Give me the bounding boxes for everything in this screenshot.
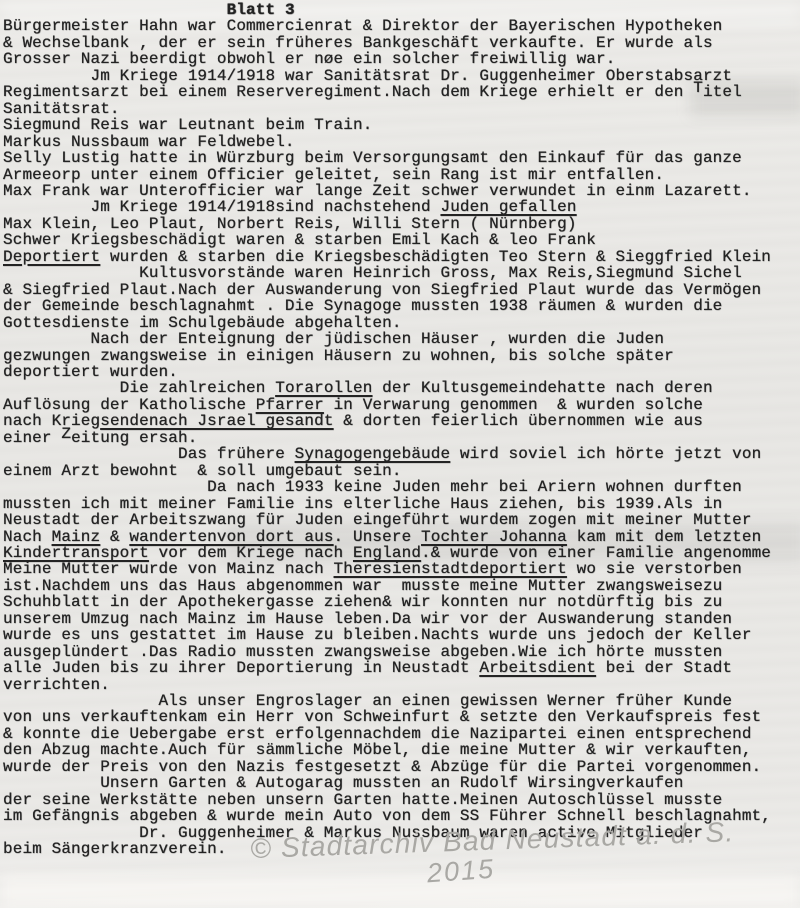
text-line: verrichten. [3,677,771,693]
text-line: Dr. Guggenheimer & Markus Nussbaum waren… [3,825,771,841]
text-line: ausgeplündert .Das Radio mussten zwangsw… [3,644,771,660]
text-line: Nach Mainz & wandertenvon dort aus. Unse… [3,529,771,545]
text-line: Markus Nussbaum war Feldwebel. [3,134,771,150]
text-line: mussten ich mit meiner Familie ins elter… [3,496,771,512]
text-line: Auflösung der Katholische Pfarrer in Ver… [3,397,771,413]
text-line: Bürgermeister Hahn war Commercienrat & D… [3,18,771,34]
text-line: gezwungen zwangsweise in einigen Häusern… [3,348,771,364]
text-line: Als unser Engroslager an einen gewissen … [3,693,771,709]
text-line: unserem Umzug nach Mainz im Hause leben.… [3,611,771,627]
text-line: Das frühere Synagogengebäude wird soviel… [3,446,771,462]
text-line: Schwer Kriegsbeschädigt waren & starben … [3,232,771,248]
text-line: Siegmund Reis war Leutnant beim Train. [3,117,771,133]
text-line: Deportiert wurden & starben die Kriegsbe… [3,249,771,265]
text-line: Max Klein, Leo Plaut, Norbert Reis, Will… [3,216,771,232]
text-line: einem Arzt bewohnt & soll umgebaut sein. [3,463,771,479]
text-line: Blatt 3 [3,2,771,18]
text-line: Gottesdienste im Schulgebäude abgehalten… [3,315,771,331]
text-line: & konnte die Uebergabe erst erfolgennach… [3,726,771,742]
text-line: Unsern Garten & Autogarag mussten an Rud… [3,775,771,791]
document-text: Blatt 3Bürgermeister Hahn war Commercien… [3,2,771,858]
text-line: Regimentsarzt bei einem Reserveregiment.… [3,84,771,100]
text-line: beim Sängerkranzverein. [3,841,771,857]
text-line: Grosser Nazi beerdigt obwohl er nøe ein … [3,51,771,67]
text-line: Max Frank war Unterofficier war lange Ze… [3,183,771,199]
text-line: Selly Lustig hatte in Würzburg beim Vers… [3,150,771,166]
text-line: wurde es uns gestattet im Hause zu bleib… [3,627,771,643]
text-line: Die zahlreichen Torarollen der Kultusgem… [3,380,771,396]
text-line: wurde der Preis von den Nazis festgesetz… [3,759,771,775]
watermark-year: 2015 [426,854,496,890]
text-line: der Gemeinde beschlagnahmt . Die Synagog… [3,298,771,314]
text-line: & Wechselbank , der er sein früheres Ban… [3,35,771,51]
text-line: Schuhblatt in der Apothekergasse ziehen&… [3,594,771,610]
text-line: alle Juden bis zu ihrer Deportierung in … [3,660,771,676]
text-line: & Siegfried Plaut.Nach der Auswanderung … [3,282,771,298]
text-line: Armeeorp unter einem Officier geleitet, … [3,167,771,183]
text-line: ist.Nachdem uns das Haus abgenommen war … [3,578,771,594]
text-line: im Gefängnis abgeben & wurde mein Auto v… [3,808,771,824]
text-line: Jm Kriege 1914/1918sind nachstehend Jude… [3,199,771,215]
text-line: Da nach 1933 keine Juden mehr bei Ariern… [3,479,771,495]
scan-shading-bottom [0,876,800,908]
text-line: Neustadt der Arbeitszwang für Juden eing… [3,512,771,528]
text-line: Meine Mutter wurde von Mainz nach Theres… [3,561,771,577]
text-line: einer Zeitung ersah. [3,430,771,446]
text-line: der seine Werkstätte neben unsern Garten… [3,792,771,808]
text-line: Kultusvorstände waren Heinrich Gross, Ma… [3,265,771,281]
text-line: den Abzug machte.Auch für sämmliche Möbe… [3,742,771,758]
document-page: Blatt 3Bürgermeister Hahn war Commercien… [0,0,800,908]
text-line: Nach der Enteignung der jüdischen Häuser… [3,331,771,347]
text-line: Sanitätsrat. [3,101,771,117]
text-line: Jm Kriege 1914/1918 war Sanitätsrat Dr. … [3,68,771,84]
text-line: nach Kriegsendenach Jsrael gesandt & dor… [3,413,771,429]
text-line: von uns verkauftenkam ein Herr von Schwe… [3,709,771,725]
text-line: Kindertransport vor dem Kriege nach Engl… [3,545,771,561]
text-line: deportiert wurden. [3,364,771,380]
